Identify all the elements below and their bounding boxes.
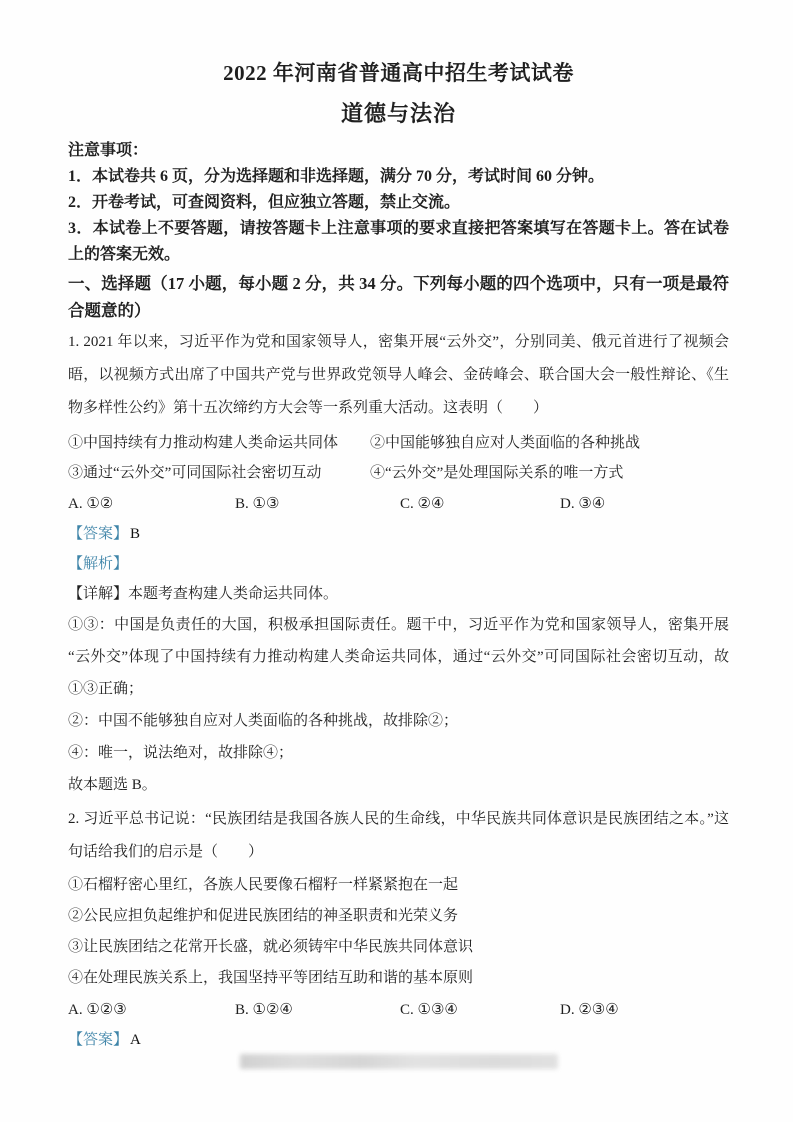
explanation-paragraph: ④：唯一，说法绝对，故排除④； [68, 737, 729, 769]
question-1-choice-b: B. ①③ [235, 490, 400, 519]
notice-item-3: 3．本试卷上不要答题，请按答题卡上注意事项的要求直接把答案填写在答题卡上。答在试… [68, 216, 729, 268]
question-1-option-3: ③通过“云外交”可同国际社会密切互动 [68, 458, 370, 488]
question-2-answer: A [128, 1032, 141, 1048]
exam-page: 2022 年河南省普通高中招生考试试卷 道德与法治 注意事项： 1．本试卷共 6… [0, 0, 793, 1122]
question-1-options: ①中国持续有力推动构建人类命运共同体 ②中国能够独自应对人类面临的各种挑战 ③通… [68, 428, 729, 488]
notice-heading: 注意事项： [68, 138, 729, 164]
question-1-answer: B [128, 526, 140, 542]
explanation-paragraph: ①③：中国是负责任的大国，积极承担国际责任。题干中，习近平作为党和国家领导人，密… [68, 609, 729, 705]
question-2-option-3: ③让民族团结之花常开长盛，就必须铸牢中华民族共同体意识 [68, 932, 729, 963]
question-1-answer-line: 【答案】B [68, 519, 729, 549]
answer-label: 【答案】 [68, 526, 128, 542]
notice-item-2: 2．开卷考试，可查阅资料，但应独立答题，禁止交流。 [68, 190, 729, 216]
answer-label: 【答案】 [68, 1032, 128, 1048]
question-2-option-2: ②公民应担负起维护和促进民族团结的神圣职责和光荣义务 [68, 901, 729, 932]
question-2-choice-a: A. ①②③ [68, 996, 235, 1025]
watermark-blur-bar [240, 1054, 558, 1069]
section-heading: 一、选择题（17 小题，每小题 2 分，共 34 分。下列每小题的四个选项中，只… [68, 270, 729, 324]
question-1-choice-c: C. ②④ [400, 490, 560, 519]
question-2-stem: 2. 习近平总书记说：“民族团结是我国各族人民的生命线，中华民族共同体意识是民族… [68, 803, 729, 869]
question-2-choice-d: D. ②③④ [560, 996, 729, 1025]
notice-section: 注意事项： 1．本试卷共 6 页，分为选择题和非选择题，满分 70 分，考试时间… [68, 138, 729, 268]
page-subtitle: 道德与法治 [68, 100, 729, 128]
question-1-choice-a: A. ①② [68, 490, 235, 519]
analysis-label: 【解析】 [68, 549, 729, 579]
question-1-detail: 【详解】本题考查构建人类命运共同体。 [68, 579, 729, 609]
explanation-paragraph: ②：中国不能够独自应对人类面临的各种挑战，故排除②； [68, 705, 729, 737]
question-1-option-2: ②中国能够独自应对人类面临的各种挑战 [370, 428, 729, 458]
question-1-option-1: ①中国持续有力推动构建人类命运共同体 [68, 428, 370, 458]
question-2-choice-c: C. ①③④ [400, 996, 560, 1025]
question-2: 2. 习近平总书记说：“民族团结是我国各族人民的生命线，中华民族共同体意识是民族… [68, 803, 729, 1055]
notice-item-1: 1．本试卷共 6 页，分为选择题和非选择题，满分 70 分，考试时间 60 分钟… [68, 164, 729, 190]
question-1-choices: A. ①② B. ①③ C. ②④ D. ③④ [68, 490, 729, 519]
question-1-explanation: ①③：中国是负责任的大国，积极承担国际责任。题干中，习近平作为党和国家领导人，密… [68, 609, 729, 801]
page-title: 2022 年河南省普通高中招生考试试卷 [68, 60, 729, 86]
question-2-answer-line: 【答案】A [68, 1025, 729, 1055]
question-2-choices: A. ①②③ B. ①②④ C. ①③④ D. ②③④ [68, 996, 729, 1025]
question-2-choice-b: B. ①②④ [235, 996, 400, 1025]
question-1-choice-d: D. ③④ [560, 490, 729, 519]
question-1-option-4: ④“云外交”是处理国际关系的唯一方式 [370, 458, 729, 488]
explanation-paragraph: 故本题选 B。 [68, 769, 729, 801]
question-2-option-1: ①石榴籽密心里红，各族人民要像石榴籽一样紧紧抱在一起 [68, 870, 729, 901]
question-2-option-4: ④在处理民族关系上，我国坚持平等团结互助和谐的基本原则 [68, 963, 729, 994]
question-1: 1. 2021 年以来，习近平作为党和国家领导人，密集开展“云外交”，分别同美、… [68, 326, 729, 801]
question-2-options: ①石榴籽密心里红，各族人民要像石榴籽一样紧紧抱在一起 ②公民应担负起维护和促进民… [68, 870, 729, 994]
question-1-stem: 1. 2021 年以来，习近平作为党和国家领导人，密集开展“云外交”，分别同美、… [68, 326, 729, 425]
